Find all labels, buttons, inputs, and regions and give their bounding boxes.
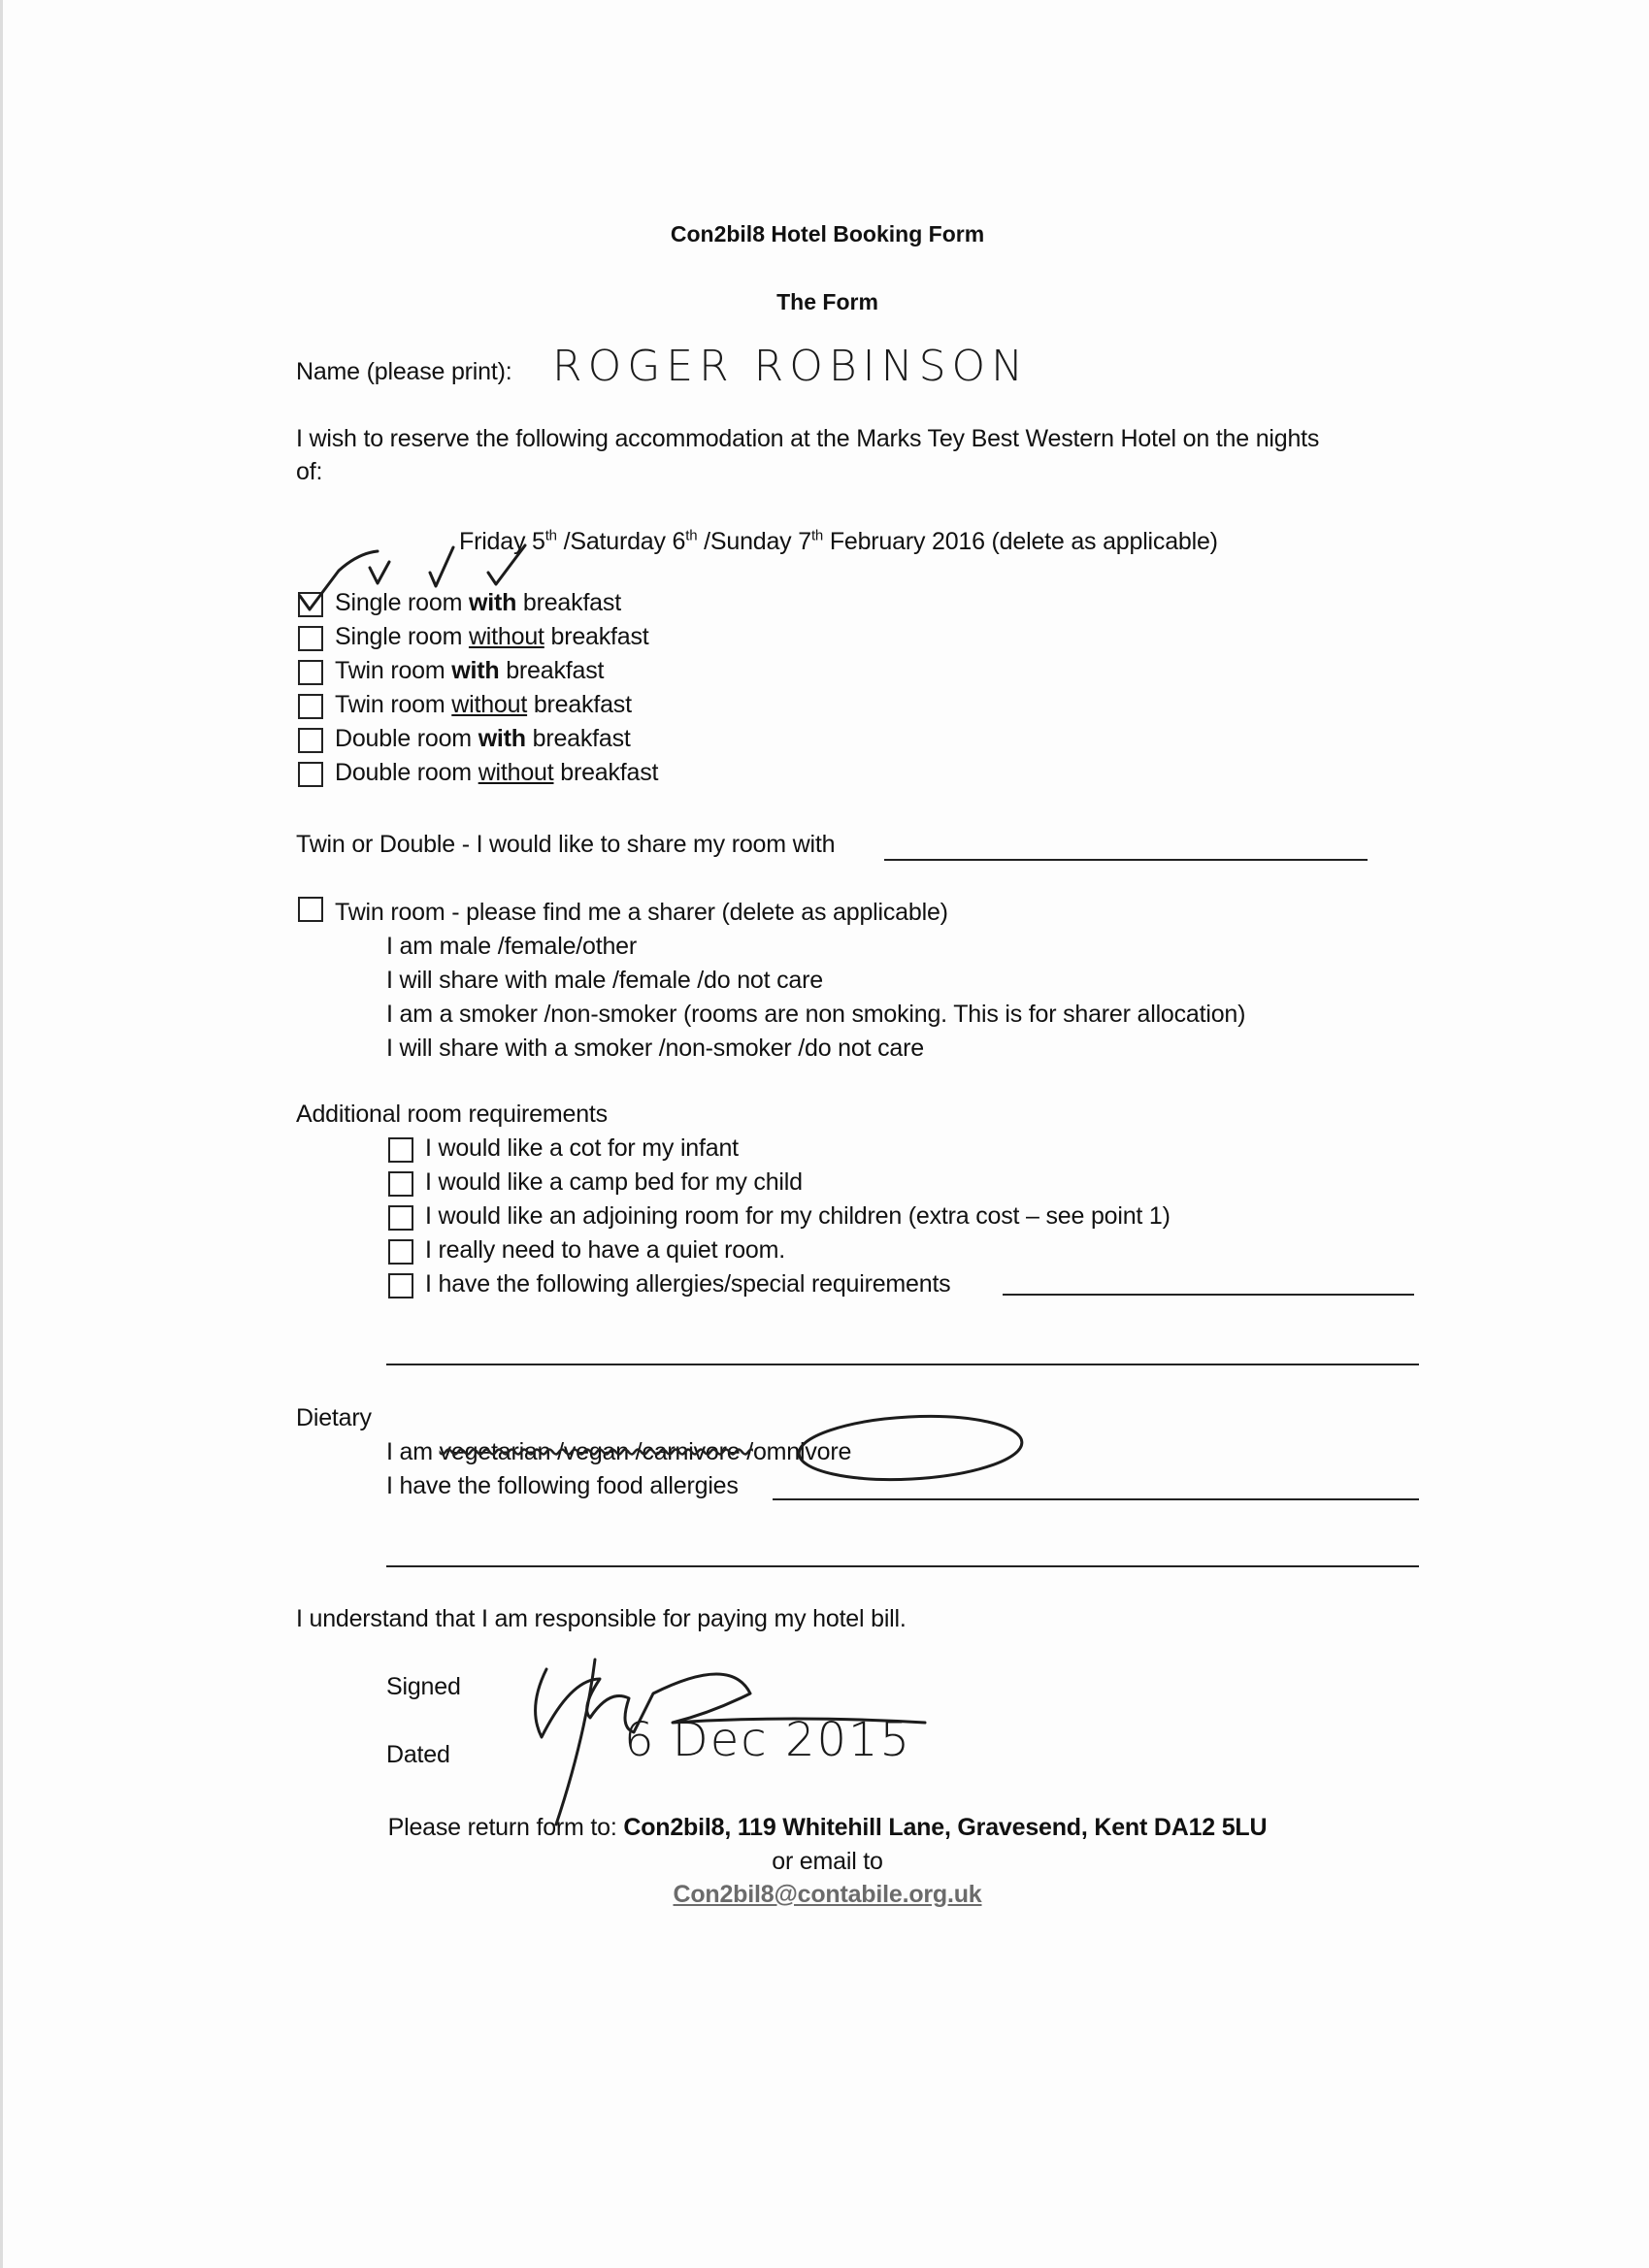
intro-text-cont: of: [296, 457, 322, 486]
additional-requirement-label: I have the following allergies/special r… [425, 1269, 951, 1298]
additional-heading: Additional room requirements [296, 1100, 608, 1129]
room-option-checkbox[interactable] [298, 626, 323, 651]
scanned-form-page: Con2bil8 Hotel Booking Form The Form Nam… [0, 0, 1649, 2268]
night-friday[interactable]: Friday 5th [459, 528, 557, 555]
sharer-smoker[interactable]: I am a smoker /non-smoker (rooms are non… [386, 1000, 1245, 1029]
additional-requirement-checkbox[interactable] [388, 1171, 413, 1197]
nights-tail: February 2016 (delete as applicable) [830, 528, 1218, 555]
return-line: Please return form to: Con2bil8, 119 Whi… [3, 1813, 1649, 1842]
food-allergies-field[interactable] [773, 1498, 1419, 1500]
return-address: Con2bil8, 119 Whitehill Lane, Gravesend,… [623, 1814, 1267, 1841]
additional-requirement-label: I would like a camp bed for my child [425, 1167, 803, 1197]
sharer-gender[interactable]: I am male /female/other [386, 932, 637, 961]
dietary-struck-options: vegetarian /vegan /carnivore / [440, 1438, 753, 1465]
room-option-checkbox[interactable] [298, 592, 323, 617]
night-sunday[interactable]: /Sunday 7th [704, 528, 823, 555]
additional-requirement-label: I would like an adjoining room for my ch… [425, 1201, 1171, 1231]
email-line: Con2bil8@contabile.org.uk [3, 1880, 1649, 1909]
tick-saturday-icon [430, 547, 453, 586]
name-field[interactable]: ROGER ROBINSON [552, 342, 1029, 391]
food-allergies-field-line2[interactable] [386, 1565, 1419, 1567]
responsibility-text: I understand that I am responsible for p… [296, 1604, 907, 1633]
room-option-checkbox[interactable] [298, 728, 323, 753]
additional-requirement-label: I would like a cot for my infant [425, 1134, 739, 1163]
additional-requirement-checkbox[interactable] [388, 1205, 413, 1231]
dietary-heading: Dietary [296, 1403, 372, 1432]
date-field[interactable]: 6 Dec 2015 [624, 1713, 911, 1767]
room-option-checkbox[interactable] [298, 660, 323, 685]
sharer-label: Twin room - please find me a sharer (del… [335, 898, 948, 927]
room-option-label: Double room with breakfast [335, 724, 631, 753]
return-prefix: Please return form to: [388, 1814, 624, 1841]
share-with-field[interactable] [884, 859, 1368, 861]
nights-line: Friday 5th /Saturday 6th /Sunday 7th Feb… [459, 527, 1218, 556]
sharer-share-gender[interactable]: I will share with male /female /do not c… [386, 966, 823, 995]
intro-text: I wish to reserve the following accommod… [296, 424, 1319, 453]
food-allergies-label: I have the following food allergies [386, 1471, 739, 1500]
additional-requirement-checkbox[interactable] [388, 1239, 413, 1265]
dietary-selected: omnivore [753, 1438, 851, 1465]
night-saturday[interactable]: /Saturday 6th [564, 528, 698, 555]
email-link[interactable]: Con2bil8@contabile.org.uk [673, 1881, 981, 1908]
sharer-checkbox[interactable] [298, 897, 323, 922]
room-option-checkbox[interactable] [298, 694, 323, 719]
room-option-label: Twin room without breakfast [335, 690, 632, 719]
dated-label: Dated [386, 1740, 450, 1769]
form-subtitle: The Form [3, 289, 1649, 315]
dietary-prefix: I am [386, 1438, 440, 1465]
dietary-choice[interactable]: I am vegetarian /vegan /carnivore /omniv… [386, 1437, 851, 1466]
room-option-label: Single room with breakfast [335, 588, 621, 617]
room-option-label: Single room without breakfast [335, 622, 649, 651]
signature-field[interactable] [527, 1640, 1109, 1708]
share-label: Twin or Double - I would like to share m… [296, 830, 835, 859]
additional-requirement-checkbox[interactable] [388, 1137, 413, 1163]
sharer-share-smoker[interactable]: I will share with a smoker /non-smoker /… [386, 1034, 924, 1063]
or-email-text: or email to [3, 1847, 1649, 1876]
name-label: Name (please print): [296, 357, 511, 386]
room-option-checkbox[interactable] [298, 762, 323, 787]
handwriting-overlay [3, 0, 1649, 2268]
signed-label: Signed [386, 1672, 461, 1701]
form-title: Con2bil8 Hotel Booking Form [3, 221, 1649, 247]
additional-requirement-checkbox[interactable] [388, 1273, 413, 1298]
tick-friday-icon [370, 562, 389, 583]
room-option-label: Double room without breakfast [335, 758, 658, 787]
allergies-field-line2[interactable] [386, 1364, 1419, 1365]
room-option-label: Twin room with breakfast [335, 656, 604, 685]
additional-requirement-label: I really need to have a quiet room. [425, 1235, 785, 1265]
allergies-field[interactable] [1003, 1294, 1414, 1296]
